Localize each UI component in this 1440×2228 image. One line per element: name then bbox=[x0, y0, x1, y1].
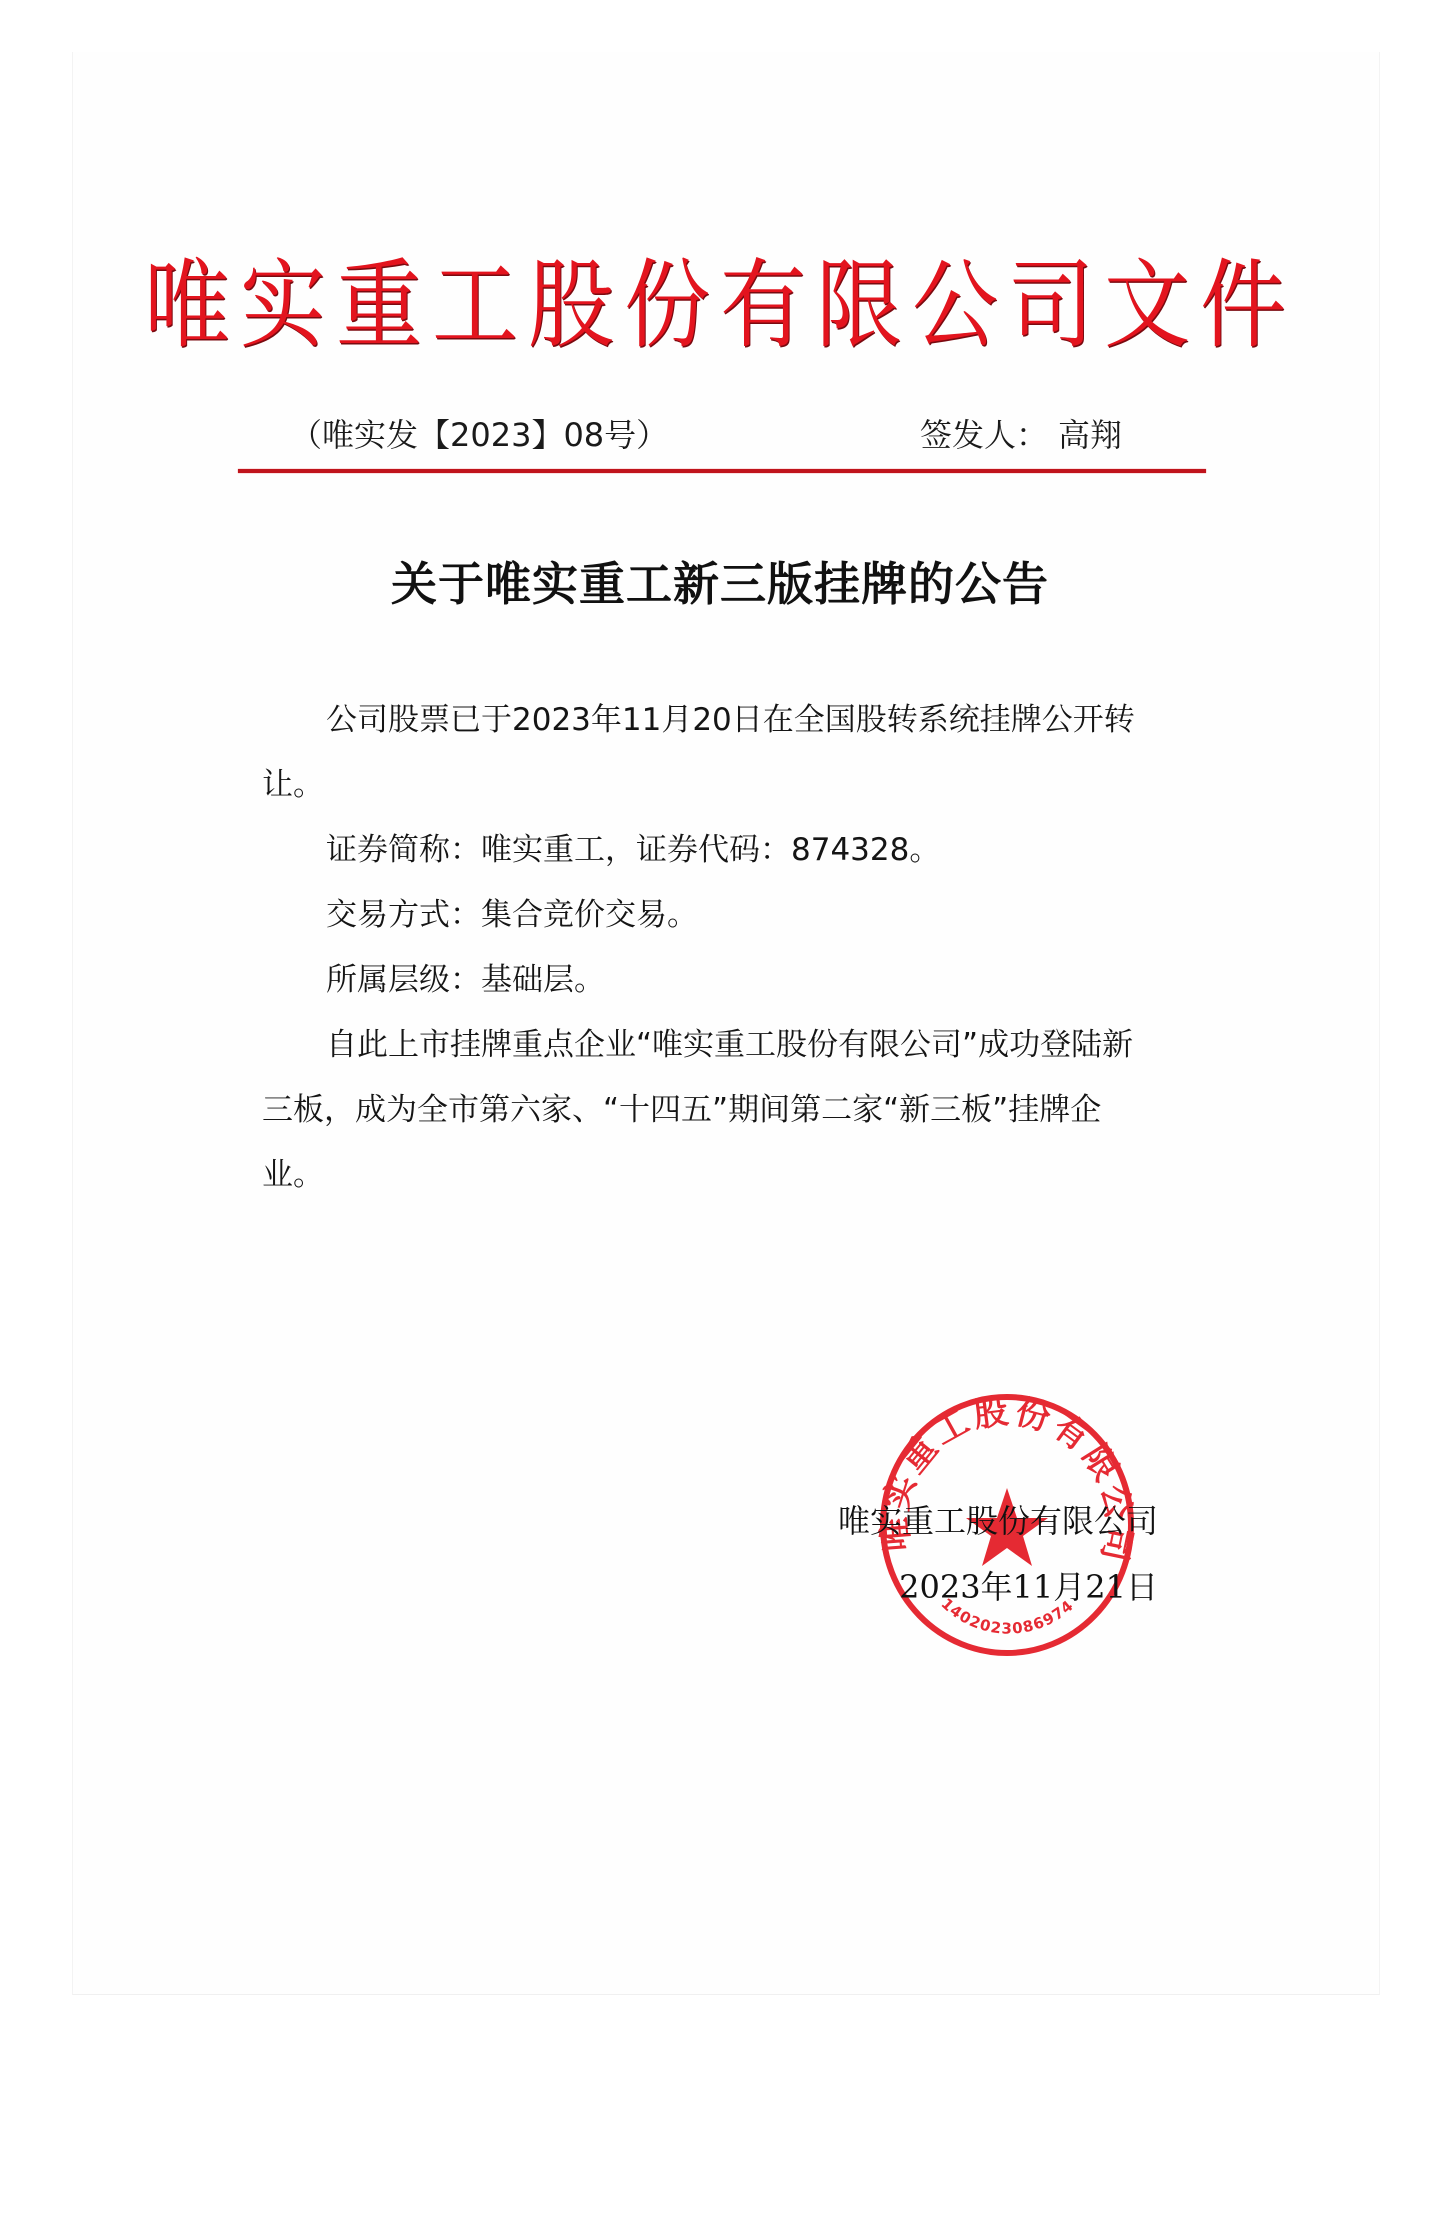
signer: 签发人： 高翔 bbox=[920, 410, 1122, 456]
document-number: （唯实发【2023】08号） bbox=[290, 410, 668, 456]
paragraph-summary: 自此上市挂牌重点企业“唯实重工股份有限公司”成功登陆新三板，成为全市第六家、“十… bbox=[262, 1013, 1162, 1208]
paragraph-security-code: 证券简称：唯实重工，证券代码：874328。 bbox=[262, 818, 1162, 883]
signature-block: 唯实重工股份有限公司 2023年11月21日 bbox=[838, 1488, 1158, 1620]
signer-name: 高翔 bbox=[1058, 410, 1122, 456]
notice-title: 关于唯实重工新三版挂牌的公告 bbox=[0, 548, 1440, 614]
issue-date: 2023年11月21日 bbox=[838, 1554, 1158, 1620]
red-divider bbox=[238, 469, 1206, 473]
paragraph-tier: 所属层级：基础层。 bbox=[262, 948, 1162, 1013]
signer-label: 签发人： bbox=[920, 410, 1048, 456]
letterhead-title: 唯实重工股份有限公司文件 bbox=[0, 258, 1440, 354]
paragraph-trading-method: 交易方式：集合竞价交易。 bbox=[262, 883, 1162, 948]
notice-body: 公司股票已于2023年11月20日在全国股转系统挂牌公开转让。 证券简称：唯实重… bbox=[262, 688, 1162, 1208]
issuer-name: 唯实重工股份有限公司 bbox=[838, 1488, 1158, 1554]
paragraph-listing: 公司股票已于2023年11月20日在全国股转系统挂牌公开转让。 bbox=[262, 688, 1162, 818]
